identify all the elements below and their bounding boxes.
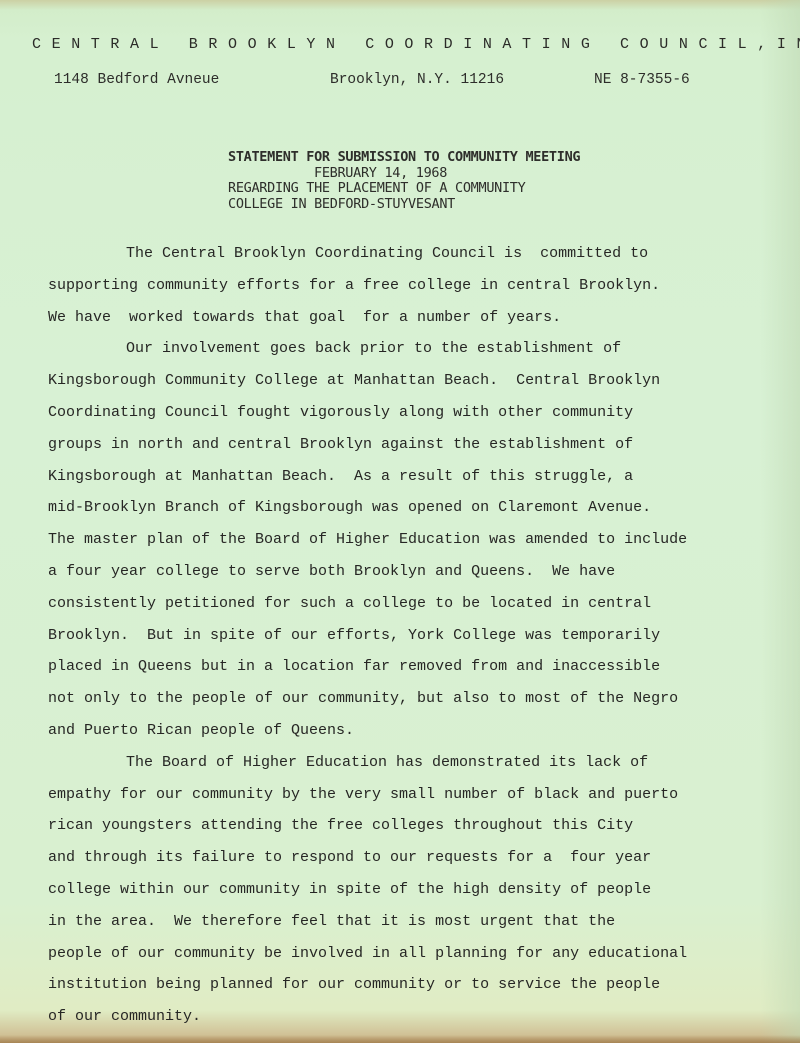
text-line: supporting community efforts for a free … xyxy=(48,270,768,302)
paragraph-3: The Board of Higher Education has demons… xyxy=(48,747,768,1033)
text-line: We have worked towards that goal for a n… xyxy=(48,302,768,334)
paper-stain-bottom xyxy=(0,1035,800,1043)
text-line: Kingsborough at Manhattan Beach. As a re… xyxy=(48,461,768,493)
organization-phone: NE 8-7355-6 xyxy=(594,72,690,88)
statement-heading: STATEMENT FOR SUBMISSION TO COMMUNITY ME… xyxy=(228,150,580,212)
text-line: of our community. xyxy=(48,1001,768,1033)
text-line: and through its failure to respond to ou… xyxy=(48,842,768,874)
organization-address: 1148 Bedford Avneue xyxy=(54,72,219,88)
organization-name: CENTRAL BROOKLYN COORDINATING COUNCIL,IN… xyxy=(32,36,800,53)
text-line: people of our community be involved in a… xyxy=(48,938,768,970)
text-line: Coordinating Council fought vigorously a… xyxy=(48,397,768,429)
text-line: mid-Brooklyn Branch of Kingsborough was … xyxy=(48,492,768,524)
text-line: empathy for our community by the very sm… xyxy=(48,779,768,811)
text-line: not only to the people of our community,… xyxy=(48,683,768,715)
paper-stain-top xyxy=(0,0,800,10)
text-line: Brooklyn. But in spite of our efforts, Y… xyxy=(48,620,768,652)
text-line: Our involvement goes back prior to the e… xyxy=(48,333,768,365)
text-line: in the area. We therefore feel that it i… xyxy=(48,906,768,938)
organization-city: Brooklyn, N.Y. 11216 xyxy=(330,72,504,88)
text-line: The master plan of the Board of Higher E… xyxy=(48,524,768,556)
statement-body: The Central Brooklyn Coordinating Counci… xyxy=(48,238,768,1033)
text-line: groups in north and central Brooklyn aga… xyxy=(48,429,768,461)
text-line: Kingsborough Community College at Manhat… xyxy=(48,365,768,397)
text-line: institution being planned for our commun… xyxy=(48,969,768,1001)
heading-subject-line-1: REGARDING THE PLACEMENT OF A COMMUNITY xyxy=(228,181,580,197)
text-line: and Puerto Rican people of Queens. xyxy=(48,715,768,747)
paragraph-2: Our involvement goes back prior to the e… xyxy=(48,333,768,746)
text-line: rican youngsters attending the free coll… xyxy=(48,810,768,842)
text-line: placed in Queens but in a location far r… xyxy=(48,651,768,683)
text-line: college within our community in spite of… xyxy=(48,874,768,906)
paragraph-1: The Central Brooklyn Coordinating Counci… xyxy=(48,238,768,333)
text-line: The Central Brooklyn Coordinating Counci… xyxy=(48,238,768,270)
heading-subject-line-2: COLLEGE IN BEDFORD-STUYVESANT xyxy=(228,197,580,213)
text-line: The Board of Higher Education has demons… xyxy=(48,747,768,779)
text-line: consistently petitioned for such a colle… xyxy=(48,588,768,620)
text-line: a four year college to serve both Brookl… xyxy=(48,556,768,588)
heading-date: FEBRUARY 14, 1968 xyxy=(228,166,580,182)
heading-title: STATEMENT FOR SUBMISSION TO COMMUNITY ME… xyxy=(228,150,580,166)
